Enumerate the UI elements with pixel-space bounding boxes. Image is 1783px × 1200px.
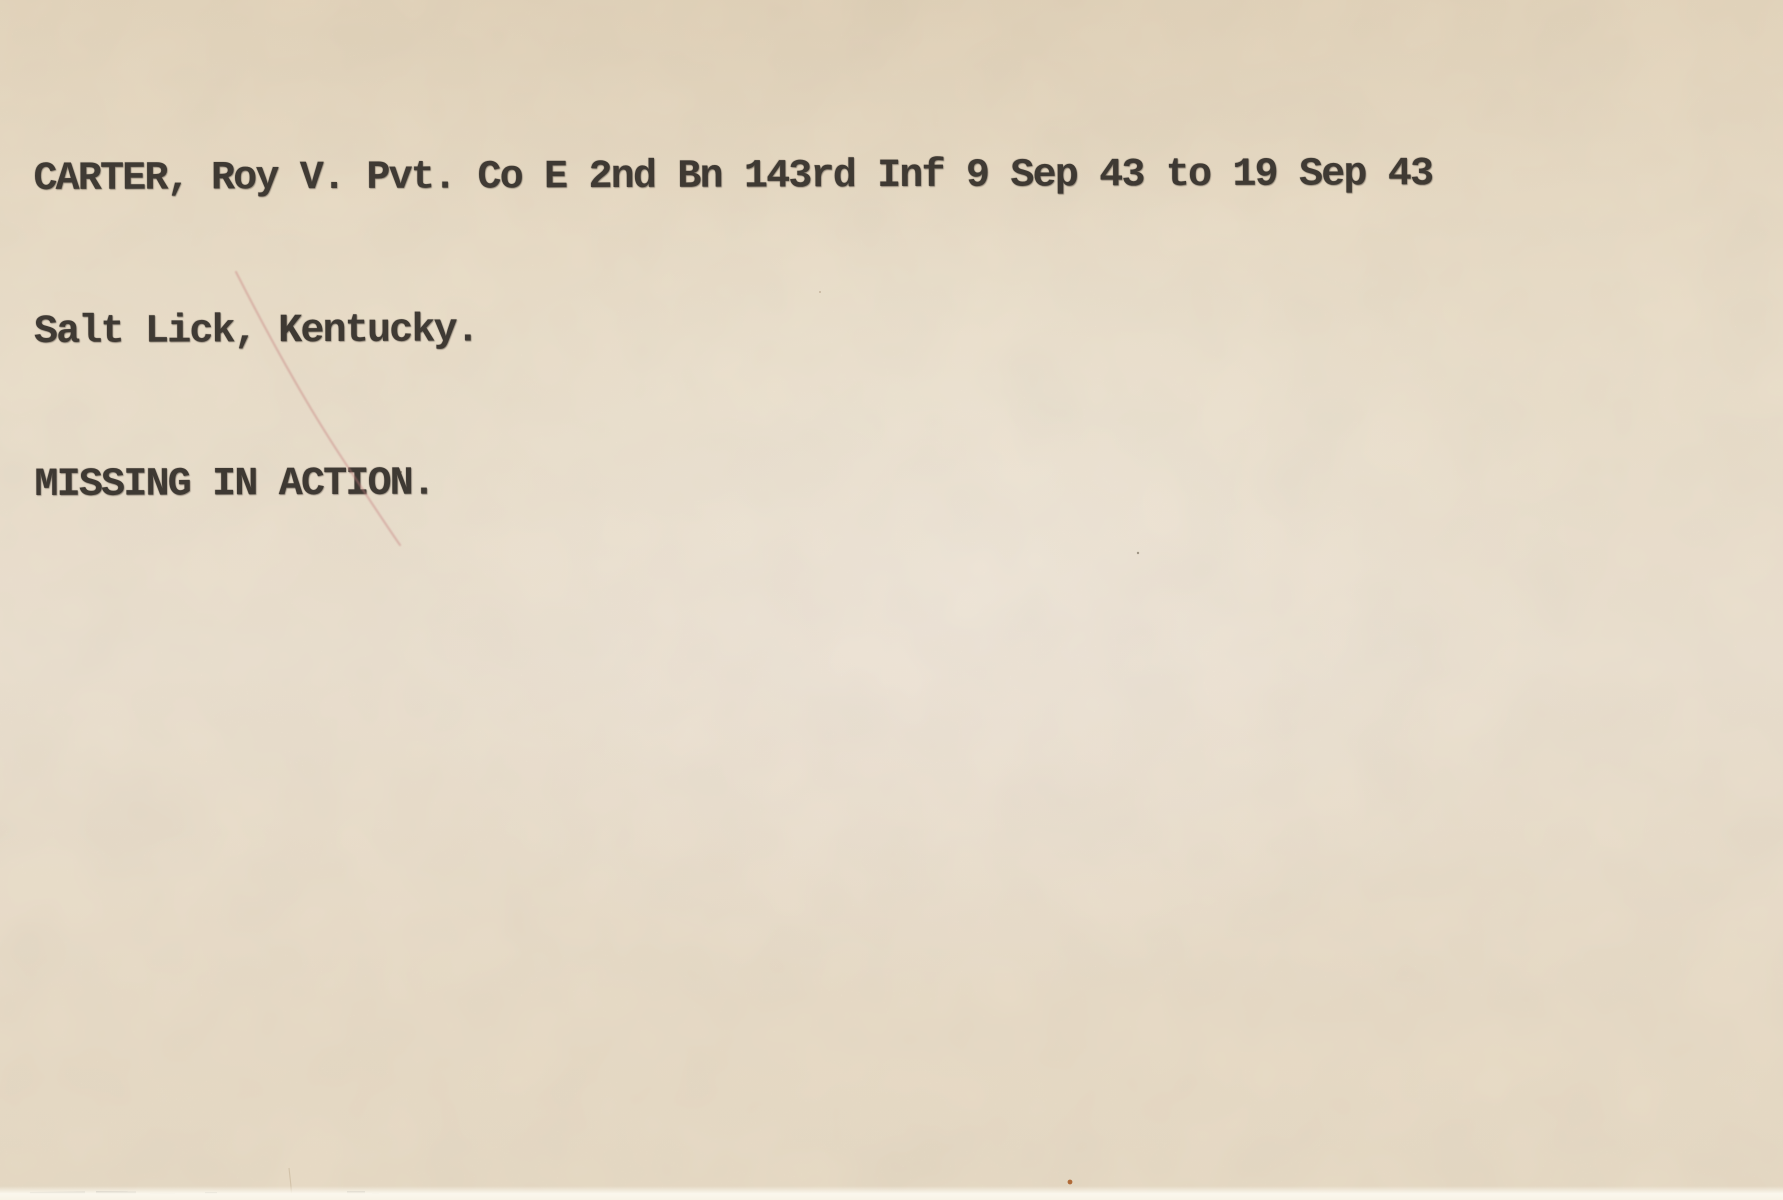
typed-line-soldier-record: CARTER, Roy V. Pvt. Co E 2nd Bn 143rd In… [33,149,1432,205]
bottom-edge-smudges [30,1191,379,1195]
scanned-index-card: CARTER, Roy V. Pvt. Co E 2nd Bn 143rd In… [0,0,1783,1200]
typed-line-status: MISSING IN ACTION. [34,455,1433,511]
typewritten-text-block: CARTER, Roy V. Pvt. Co E 2nd Bn 143rd In… [33,47,1434,613]
rust-speck [1068,1180,1073,1185]
scanner-bottom-edge [0,1186,1783,1200]
typed-line-hometown: Salt Lick, Kentucky. [34,302,1433,358]
bottom-crease-line [289,1168,292,1200]
